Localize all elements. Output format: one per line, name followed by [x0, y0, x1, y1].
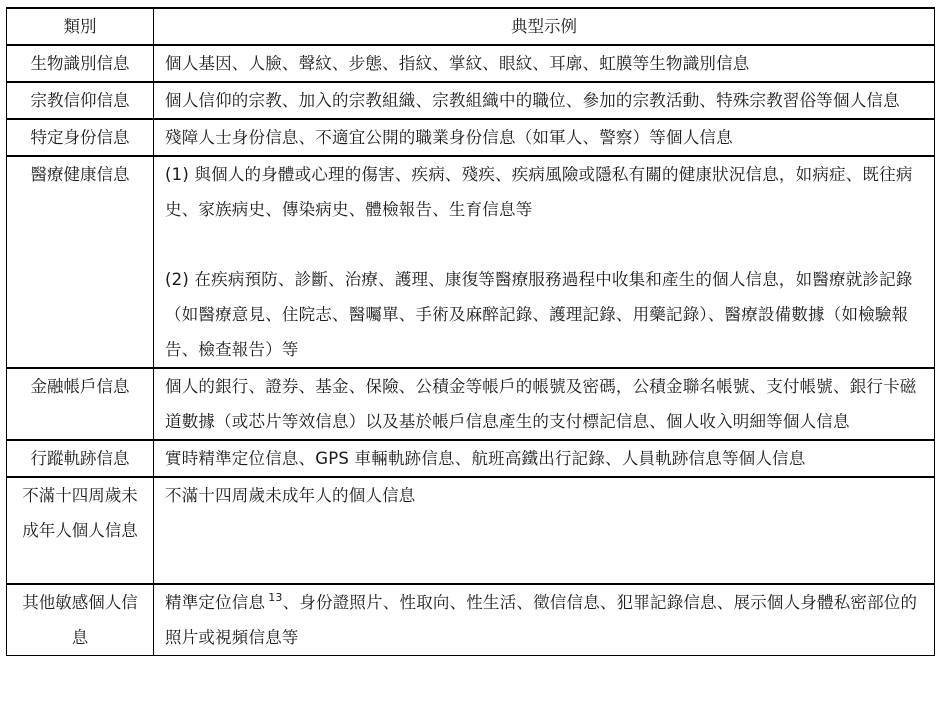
sensitive-info-table: 類別 典型示例 生物識別信息 個人基因、人臉、聲紋、步態、指紋、掌紋、眼紋、耳廓…	[6, 7, 935, 656]
category-cell: 特定身份信息	[7, 119, 154, 156]
header-examples: 典型示例	[154, 8, 935, 45]
table-row: 特定身份信息 殘障人士身份信息、不適宜公開的職業身份信息（如軍人、警察）等個人信…	[7, 119, 935, 156]
table-row: 宗教信仰信息 個人信仰的宗教、加入的宗教組織、宗教組織中的職位、參加的宗教活動、…	[7, 82, 935, 119]
header-category: 類別	[7, 8, 154, 45]
footnote-reference[interactable]: 13	[268, 591, 282, 604]
table-row: 不滿十四周歲未成年人個人信息 不滿十四周歲未成年人的個人信息	[7, 477, 935, 584]
examples-cell: 殘障人士身份信息、不適宜公開的職業身份信息（如軍人、警察）等個人信息	[154, 119, 935, 156]
examples-cell: 不滿十四周歲未成年人的個人信息	[154, 477, 935, 584]
category-cell: 醫療健康信息	[7, 156, 154, 368]
examples-cell: 個人基因、人臉、聲紋、步態、指紋、掌紋、眼紋、耳廓、虹膜等生物識別信息	[154, 45, 935, 82]
paragraph-spacer	[165, 227, 928, 262]
examples-cell: 個人的銀行、證券、基金、保險、公積金等帳戶的帳號及密碼，公積金聯名帳號、支付帳號…	[154, 368, 935, 440]
header-row: 類別 典型示例	[7, 8, 935, 45]
table-row: 行蹤軌跡信息 實時精準定位信息、GPS 車輛軌跡信息、航班高鐵出行記錄、人員軌跡…	[7, 440, 935, 477]
examples-cell: (1) 與個人的身體或心理的傷害、疾病、殘疾、疾病風險或隱私有關的健康狀況信息，…	[154, 156, 935, 368]
examples-cell: 個人信仰的宗教、加入的宗教組織、宗教組織中的職位、參加的宗教活動、特殊宗教習俗等…	[154, 82, 935, 119]
table-row: 金融帳戶信息 個人的銀行、證券、基金、保險、公積金等帳戶的帳號及密碼，公積金聯名…	[7, 368, 935, 440]
category-cell: 不滿十四周歲未成年人個人信息	[7, 477, 154, 584]
examples-paragraph-2: (2) 在疾病預防、診斷、治療、護理、康復等醫療服務過程中收集和產生的個人信息，…	[165, 262, 928, 367]
category-cell: 生物識別信息	[7, 45, 154, 82]
examples-cell: 實時精準定位信息、GPS 車輛軌跡信息、航班高鐵出行記錄、人員軌跡信息等個人信息	[154, 440, 935, 477]
table-row: 其他敏感個人信息 精準定位信息13、身份證照片、性取向、性生活、徵信信息、犯罪記…	[7, 584, 935, 656]
category-cell: 其他敏感個人信息	[7, 584, 154, 656]
examples-text-before-footnote: 精準定位信息	[165, 593, 265, 612]
table-row: 醫療健康信息 (1) 與個人的身體或心理的傷害、疾病、殘疾、疾病風險或隱私有關的…	[7, 156, 935, 368]
examples-cell: 精準定位信息13、身份證照片、性取向、性生活、徵信信息、犯罪記錄信息、展示個人身…	[154, 584, 935, 656]
category-cell: 行蹤軌跡信息	[7, 440, 154, 477]
category-cell: 金融帳戶信息	[7, 368, 154, 440]
category-cell: 宗教信仰信息	[7, 82, 154, 119]
table-row: 生物識別信息 個人基因、人臉、聲紋、步態、指紋、掌紋、眼紋、耳廓、虹膜等生物識別…	[7, 45, 935, 82]
examples-paragraph-1: (1) 與個人的身體或心理的傷害、疾病、殘疾、疾病風險或隱私有關的健康狀況信息，…	[165, 157, 928, 227]
